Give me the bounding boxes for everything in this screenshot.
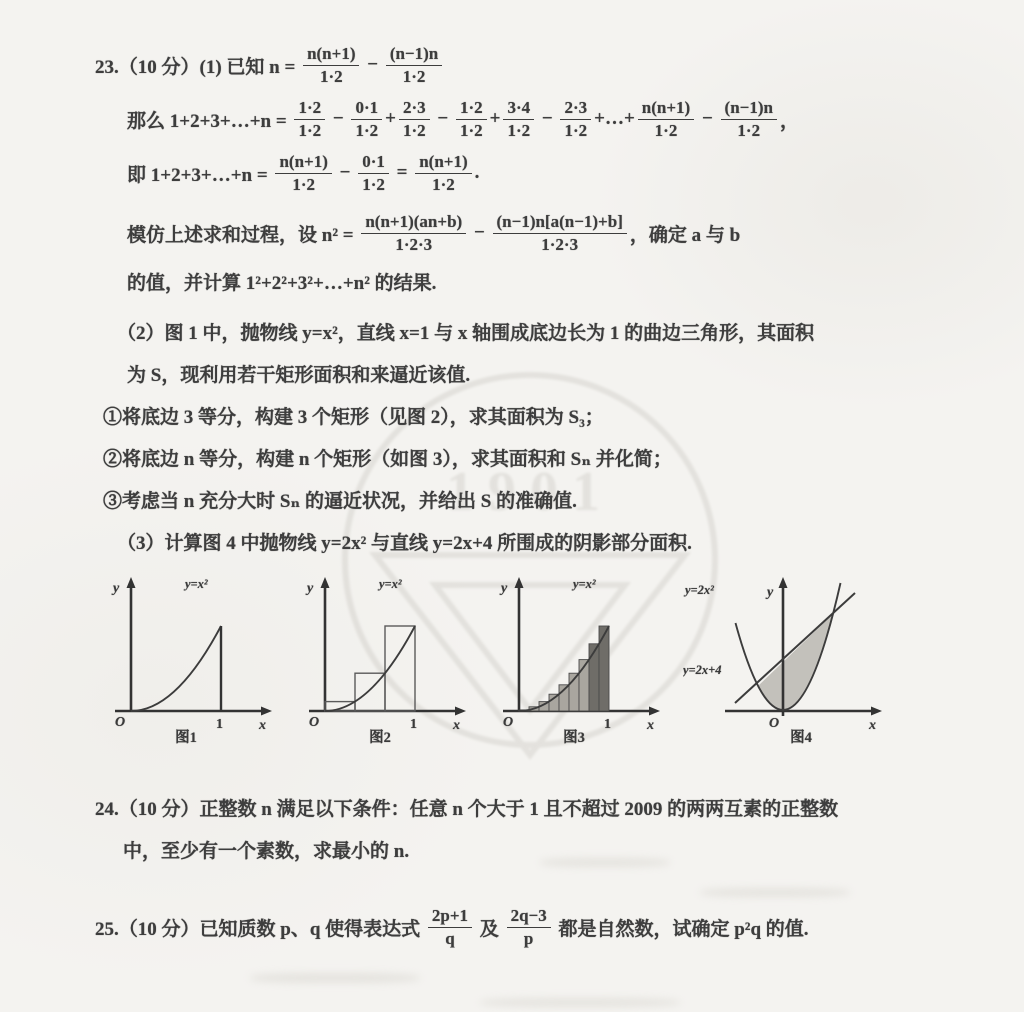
bleed-through-smudge bbox=[480, 998, 680, 1007]
y-axis-arrow-icon bbox=[127, 577, 136, 588]
figure-4: y=2x² y y=2x+4 O x 图4 bbox=[683, 570, 893, 744]
text-line: 的值，并计算 1²+2²+3²+…+n² 的结果. bbox=[127, 260, 980, 302]
text-segment: （3）计算图 4 中抛物线 y=2x² 与直线 y=2x+4 所围成的阴影部分面… bbox=[117, 528, 692, 555]
x-tick-label: 1 bbox=[604, 717, 611, 732]
fraction: 2·31·2 bbox=[399, 98, 430, 139]
fraction-denominator: 1·2 bbox=[403, 120, 426, 140]
fraction: n(n+1)1·2 bbox=[415, 152, 471, 193]
figure-caption: 图1 bbox=[175, 728, 197, 744]
origin-label: O bbox=[309, 715, 319, 730]
text-segment: − bbox=[328, 108, 348, 130]
x-axis-arrow-icon bbox=[261, 707, 272, 716]
text-line: ②将底边 n 等分，构建 n 个矩形（如图 3），求其面积和 Sₙ 并化简； bbox=[103, 436, 980, 478]
text-line: 模仿上述求和过程，设 n² = n(n+1)(an+b)1·2·3 − (n−1… bbox=[127, 206, 980, 260]
figure-caption: 图2 bbox=[369, 728, 391, 744]
fraction: n(n+1)1·2 bbox=[303, 44, 359, 85]
fraction: n(n+1)(an+b)1·2·3 bbox=[361, 212, 466, 253]
line-label: y=2x+4 bbox=[683, 663, 722, 677]
fraction-denominator: p bbox=[524, 928, 533, 948]
x-axis-arrow-icon bbox=[455, 707, 466, 716]
text-segment: − bbox=[697, 108, 717, 130]
rectangle-strip bbox=[519, 626, 609, 711]
x-axis-label: x bbox=[258, 718, 266, 733]
fraction: 2·31·2 bbox=[560, 98, 591, 139]
fraction-numerator: 2·3 bbox=[560, 98, 591, 119]
figure-caption: 图3 bbox=[563, 728, 585, 744]
fraction: 1·21·2 bbox=[456, 98, 487, 139]
text-segment: 即 1+2+3+…+n = bbox=[127, 160, 272, 187]
curve-label: y=2x² bbox=[683, 583, 714, 597]
fraction: 3·41·2 bbox=[503, 98, 534, 139]
text-line: 那么 1+2+3+…+n = 1·21·2 − 0·11·2+2·31·2 − … bbox=[127, 92, 980, 146]
text-line: （2）图 1 中，抛物线 y=x²，直线 x=1 与 x 轴围成底边长为 1 的… bbox=[117, 310, 980, 352]
text-segment: ，确定 a 与 b bbox=[630, 220, 740, 247]
text-segment: ③考虑当 n 充分大时 Sₙ 的逼近状况，并给出 S 的准确值. bbox=[103, 486, 577, 513]
fraction: (n−1)n[a(n−1)+b]1·2·3 bbox=[493, 212, 627, 253]
fraction-numerator: n(n+1)(an+b) bbox=[361, 212, 466, 233]
fraction: 2p+1q bbox=[428, 906, 472, 947]
fraction: 1·21·2 bbox=[294, 98, 325, 139]
text-line: （3）计算图 4 中抛物线 y=2x² 与直线 y=2x+4 所围成的阴影部分面… bbox=[117, 520, 980, 562]
text-segment: 23.（10 分）(1) 已知 n = bbox=[95, 52, 300, 79]
fraction: (n−1)n1·2 bbox=[386, 44, 442, 85]
fraction-denominator: 1·2 bbox=[355, 120, 378, 140]
fraction: n(n+1)1·2 bbox=[638, 98, 694, 139]
fraction: 0·11·2 bbox=[351, 98, 382, 139]
text-segment: ， bbox=[780, 106, 799, 133]
text-segment: （2）图 1 中，抛物线 y=x²，直线 x=1 与 x 轴围成底边长为 1 的… bbox=[117, 318, 814, 345]
fraction-denominator: 1·2·3 bbox=[395, 234, 432, 254]
fraction-denominator: 1·2 bbox=[432, 174, 455, 194]
y-axis-arrow-icon bbox=[779, 577, 788, 588]
fraction-denominator: 1·2 bbox=[292, 174, 315, 194]
fraction-numerator: n(n+1) bbox=[303, 44, 359, 65]
shaded-region bbox=[758, 614, 833, 710]
x-axis-label: x bbox=[646, 718, 654, 733]
text-segment: − bbox=[469, 222, 489, 244]
fraction-denominator: 1·2 bbox=[737, 120, 760, 140]
origin-label: O bbox=[769, 716, 779, 731]
exam-page: 1901 23.（10 分）(1) 已知 n = n(n+1)1·2 − (n−… bbox=[0, 0, 1024, 1012]
text-segment: 24.（10 分）正整数 n 满足以下条件：任意 n 个大于 1 且不超过 20… bbox=[95, 794, 838, 821]
y-axis-label: y bbox=[111, 581, 120, 596]
text-segment: . bbox=[475, 162, 480, 184]
x-tick-label: 1 bbox=[216, 717, 223, 732]
parabola-curve bbox=[131, 626, 221, 711]
fraction-numerator: n(n+1) bbox=[275, 152, 331, 173]
text-line: 23.（10 分）(1) 已知 n = n(n+1)1·2 − (n−1)n1·… bbox=[95, 38, 980, 92]
text-line: 25.（10 分）已知质数 p、q 使得表达式 2p+1q 及 2q−3p 都是… bbox=[95, 900, 980, 954]
text-segment: 都是自然数，试确定 p²q 的值. bbox=[554, 914, 809, 941]
text-line: 为 S，现利用若干矩形面积和来逼近该值. bbox=[127, 352, 980, 394]
figure-1: y x O 1 y=x² 图1 bbox=[101, 570, 281, 744]
y-axis-arrow-icon bbox=[321, 577, 330, 588]
text-segment: ②将底边 n 等分，构建 n 个矩形（如图 3），求其面积和 Sₙ 并化简； bbox=[103, 444, 672, 471]
figure-2: y x O 1 y=x² 图2 bbox=[295, 570, 475, 744]
curve-label: y=x² bbox=[377, 577, 402, 591]
origin-label: O bbox=[503, 715, 513, 730]
x-axis-arrow-icon bbox=[649, 707, 660, 716]
text-segment: 25.（10 分）已知质数 p、q 使得表达式 bbox=[95, 914, 425, 941]
figure-3: y x O 1 y=x² 图3 bbox=[489, 570, 669, 744]
text-line: 24.（10 分）正整数 n 满足以下条件：任意 n 个大于 1 且不超过 20… bbox=[95, 786, 980, 828]
text-line: ③考虑当 n 充分大时 Sₙ 的逼近状况，并给出 S 的准确值. bbox=[103, 478, 980, 520]
exam-content: 23.（10 分）(1) 已知 n = n(n+1)1·2 − (n−1)n1·… bbox=[95, 38, 980, 954]
text-segment: + bbox=[490, 108, 501, 130]
x-axis-arrow-icon bbox=[871, 707, 882, 716]
figure-caption: 图4 bbox=[790, 728, 812, 744]
problem-23-text: 23.（10 分）(1) 已知 n = n(n+1)1·2 − (n−1)n1·… bbox=[95, 38, 980, 562]
text-segment: − bbox=[433, 108, 453, 130]
fraction-denominator: 1·2 bbox=[298, 120, 321, 140]
fraction-numerator: 2q−3 bbox=[507, 906, 551, 927]
fraction-numerator: n(n+1) bbox=[638, 98, 694, 119]
y-axis-label: y bbox=[765, 585, 774, 600]
fraction: n(n+1)1·2 bbox=[275, 152, 331, 193]
text-segment: 为 S，现利用若干矩形面积和来逼近该值. bbox=[127, 360, 470, 387]
fraction: (n−1)n1·2 bbox=[721, 98, 777, 139]
fraction-numerator: 0·1 bbox=[351, 98, 382, 119]
text-segment: +…+ bbox=[594, 108, 635, 130]
text-line: ①将底边 3 等分，构建 3 个矩形（见图 2），求其面积为 S₃； bbox=[103, 394, 980, 436]
text-segment: 模仿上述求和过程，设 n² = bbox=[127, 220, 358, 247]
fraction-denominator: 1·2 bbox=[460, 120, 483, 140]
text-segment: 的值，并计算 1²+2²+3²+…+n² 的结果. bbox=[127, 268, 436, 295]
problems-24-25-text: 24.（10 分）正整数 n 满足以下条件：任意 n 个大于 1 且不超过 20… bbox=[95, 786, 980, 954]
text-line: 中，至少有一个素数，求最小的 n. bbox=[123, 828, 980, 870]
bleed-through-smudge bbox=[250, 973, 420, 983]
text-segment: − bbox=[335, 162, 355, 184]
fraction-numerator: 2p+1 bbox=[428, 906, 472, 927]
fraction-numerator: (n−1)n bbox=[721, 98, 777, 119]
x-tick-label: 1 bbox=[410, 717, 417, 732]
y-axis-arrow-icon bbox=[515, 577, 524, 588]
text-segment: + bbox=[385, 108, 396, 130]
x-axis-label: x bbox=[452, 718, 460, 733]
fraction-denominator: 1·2 bbox=[362, 174, 385, 194]
curve-label: y=x² bbox=[183, 577, 208, 591]
text-line: 即 1+2+3+…+n = n(n+1)1·2 − 0·11·2 = n(n+1… bbox=[127, 146, 980, 200]
text-segment: ①将底边 3 等分，构建 3 个矩形（见图 2），求其面积为 S₃； bbox=[103, 402, 604, 429]
fraction-numerator: 0·1 bbox=[358, 152, 389, 173]
fraction-numerator: n(n+1) bbox=[415, 152, 471, 173]
text-segment: 中，至少有一个素数，求最小的 n. bbox=[123, 836, 409, 863]
fraction-numerator: 1·2 bbox=[294, 98, 325, 119]
text-segment: − bbox=[362, 54, 382, 76]
fraction-numerator: 2·3 bbox=[399, 98, 430, 119]
fraction-denominator: 1·2 bbox=[564, 120, 587, 140]
fraction-numerator: (n−1)n[a(n−1)+b] bbox=[493, 212, 627, 233]
origin-label: O bbox=[115, 715, 125, 730]
x-axis-label: x bbox=[868, 718, 876, 733]
fraction-denominator: 1·2·3 bbox=[541, 234, 578, 254]
fraction: 2q−3p bbox=[507, 906, 551, 947]
text-segment: = bbox=[392, 162, 412, 184]
text-segment: 及 bbox=[475, 914, 504, 941]
parabola-curve bbox=[325, 626, 415, 711]
fraction-numerator: 1·2 bbox=[456, 98, 487, 119]
y-axis-label: y bbox=[305, 581, 314, 596]
fraction: 0·11·2 bbox=[358, 152, 389, 193]
curve-label: y=x² bbox=[571, 577, 596, 591]
fraction-denominator: q bbox=[445, 928, 454, 948]
figures-row: y x O 1 y=x² 图1 y x bbox=[101, 570, 980, 744]
fraction-denominator: 1·2 bbox=[320, 66, 343, 86]
fraction-numerator: (n−1)n bbox=[386, 44, 442, 65]
text-segment: − bbox=[537, 108, 557, 130]
fraction-denominator: 1·2 bbox=[507, 120, 530, 140]
fraction-denominator: 1·2 bbox=[655, 120, 678, 140]
fraction-numerator: 3·4 bbox=[503, 98, 534, 119]
text-segment: 那么 1+2+3+…+n = bbox=[127, 106, 291, 133]
y-axis-label: y bbox=[499, 581, 508, 596]
fraction-denominator: 1·2 bbox=[403, 66, 426, 86]
